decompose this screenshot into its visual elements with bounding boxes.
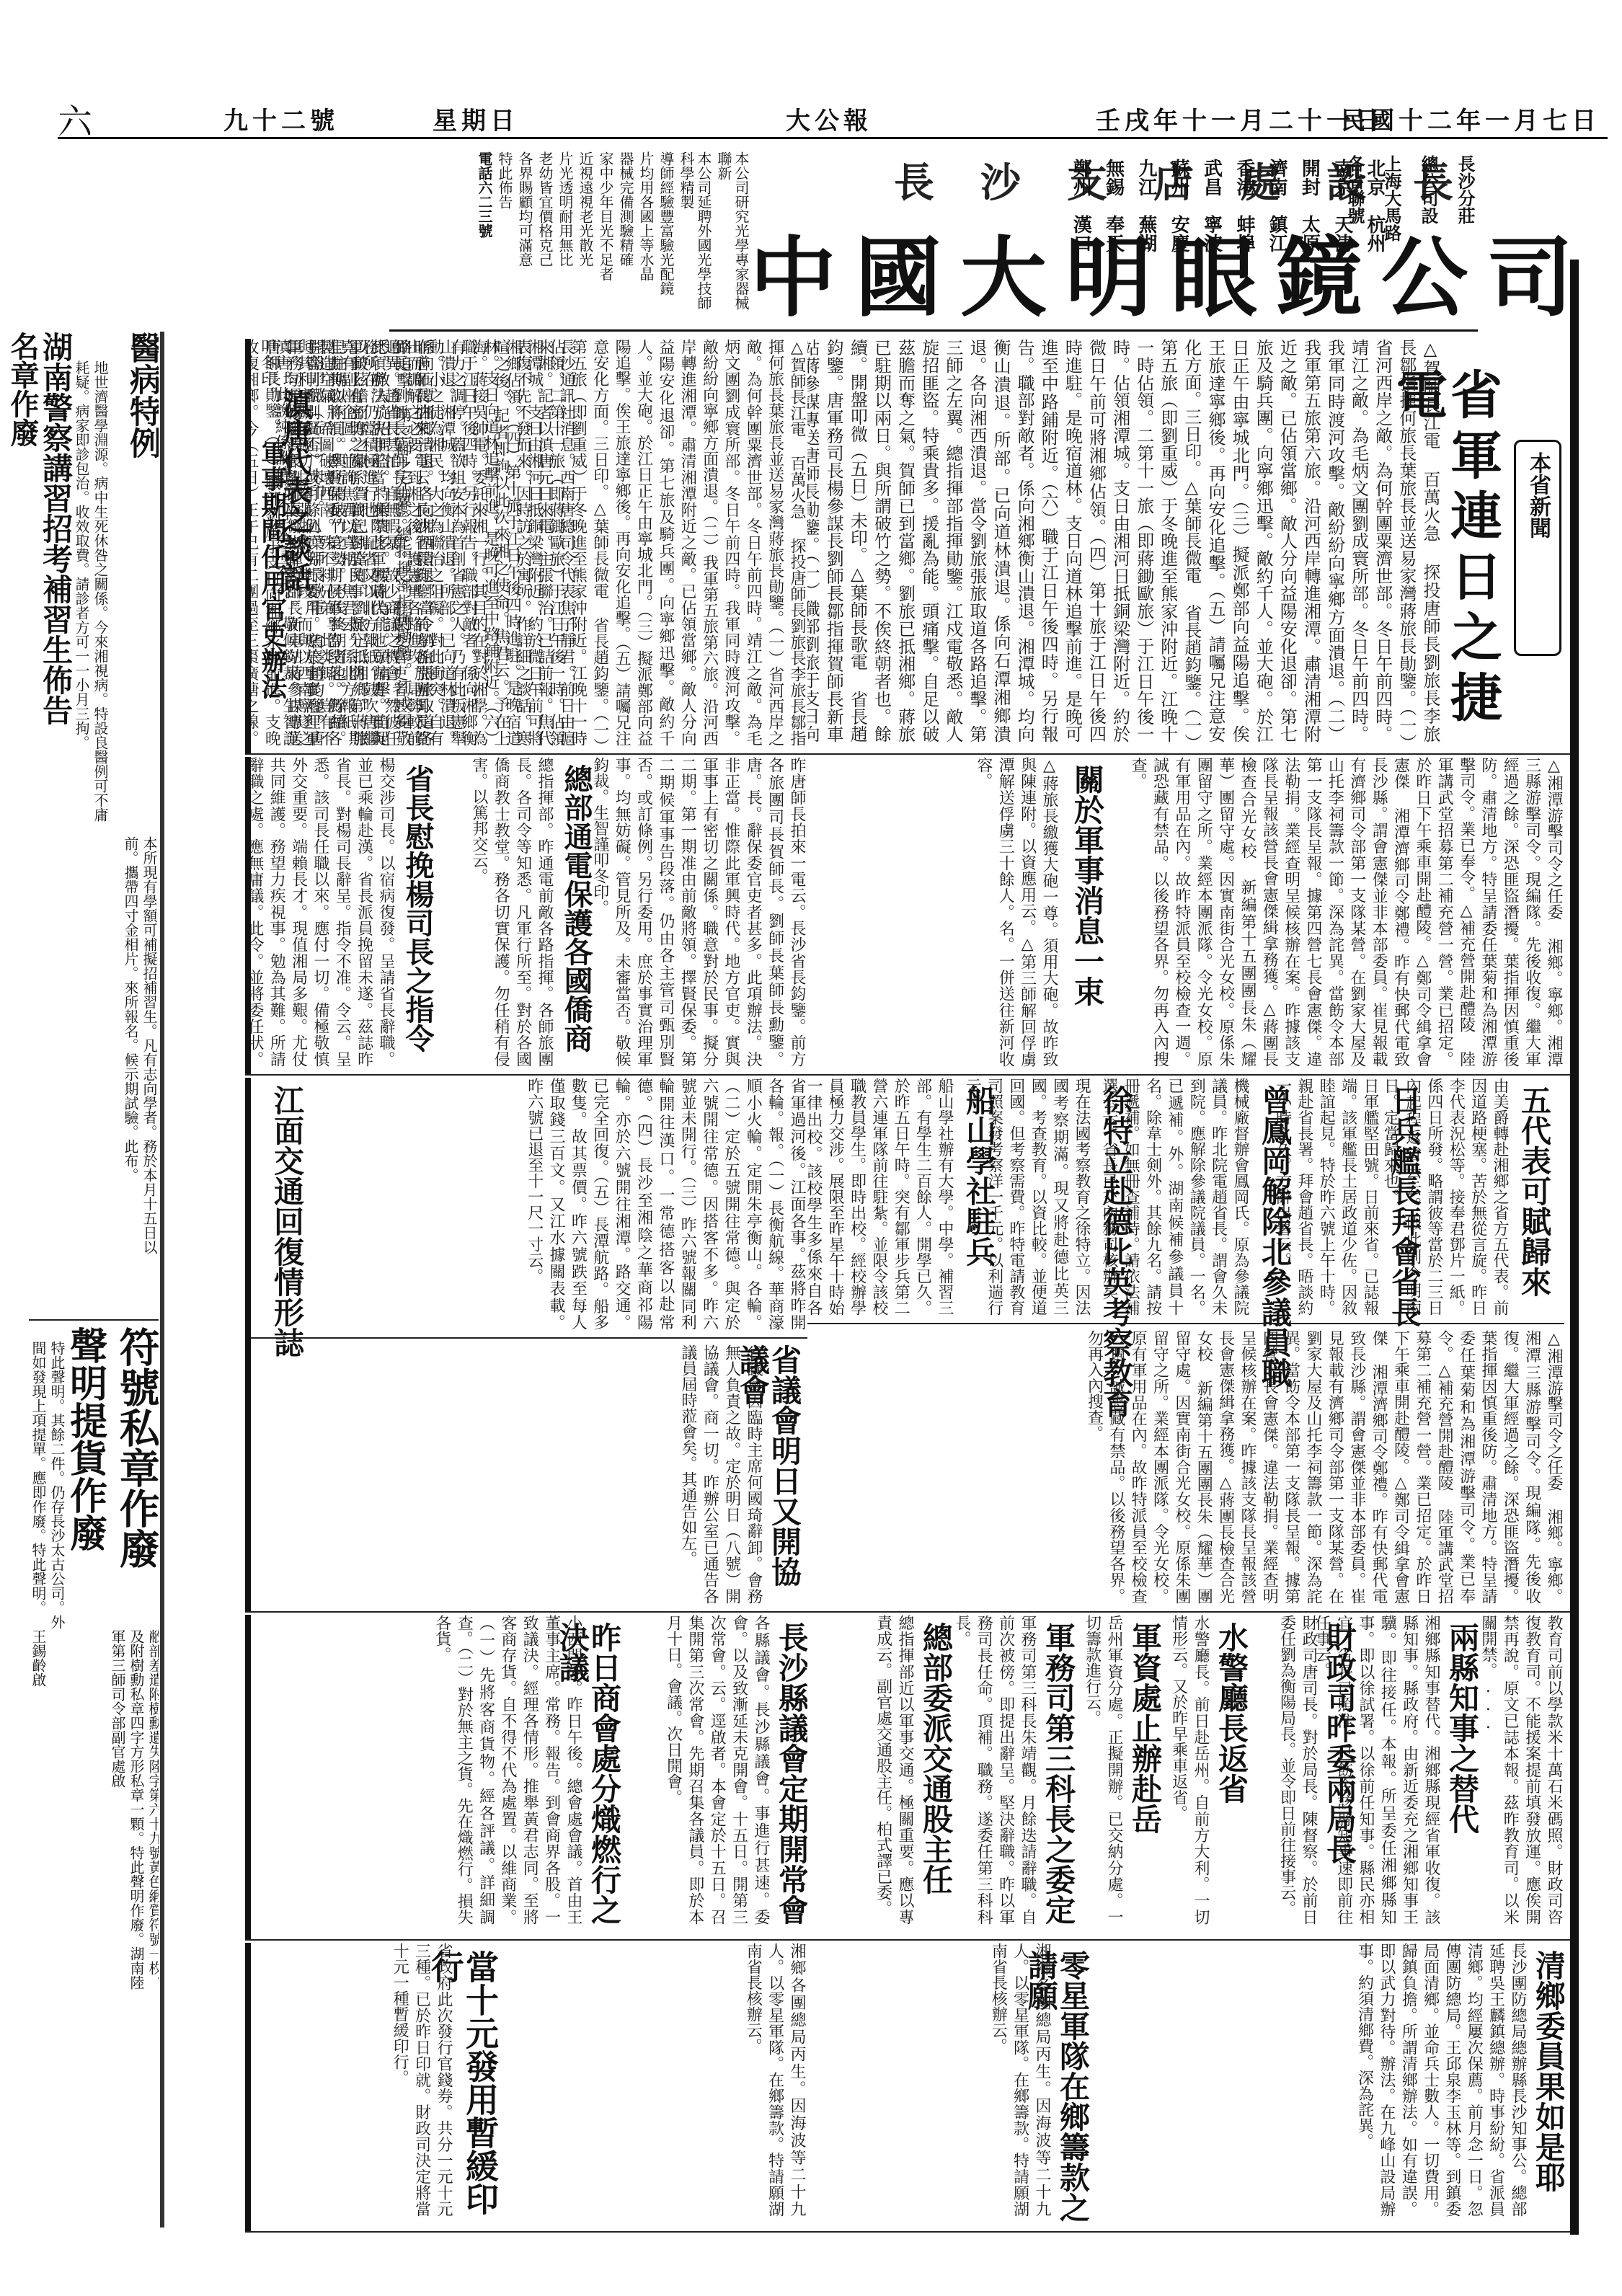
ad-headquarters: 長沙分莊 總公司設 上海大馬路 各省聯號 <box>1342 155 1478 314</box>
branch-pair: 武昌 寧波 <box>1201 159 1220 303</box>
hq-protect-body: 總指揮部。昨通電前敵各路指揮。各師旅團長。各司令等知悉。凡軍行所至。對於各國僑商… <box>440 757 555 1067</box>
five-reps-headline: 五代表可賦歸來 <box>1518 1085 1550 1297</box>
row-divider <box>245 753 1570 755</box>
mil-dept-headline: 軍務司第三科長之委定 <box>1042 1622 1074 1925</box>
hq-protect-headline: 總部通電保護各國僑商 <box>561 764 591 1052</box>
chuanshan-headline: 船山學社駐兵 <box>963 1085 995 1267</box>
police-headline: 水警廳長返省 <box>1215 1622 1247 1804</box>
assembly-body: 省議會因臨時主席何國琦辭卸。會務無人負責之故。定於明日（八號）開協議會。商一切。… <box>252 1344 764 1604</box>
ad-police-school-body: 本所現有學額可補擬招補習生。凡有志向學者。務於本月十五日以前。攜帶四寸金相片。來… <box>7 836 159 1269</box>
row5-left: 湘鄉各團總局丙生。因海波等二十九人。以零星軍隊。在鄉籌款。特請願湖南省長核辦云。… <box>245 1943 807 2231</box>
branch-pair: 濟南 鎮江 <box>1267 159 1286 303</box>
branch-pair: 蘇州 安慶 <box>1169 159 1188 303</box>
ad-copy-text: 本公司研究光學專家器械聯新 本公司延聘外國光學技師科學精製 導師經驗豐富驗光配鏡… <box>389 151 750 317</box>
row3-left: 江面交通回復情形誌 省軍過河後。江面各事。茲將昨開各輪。報。（一）長衡航線。華商… <box>245 1078 807 1611</box>
mil-period-continued: 昨唐師長拍來一電云。長沙省長鈞鑒。前方各旅團司長賀師長。劉師長葉師長勳鑒。唐。長… <box>598 757 807 1067</box>
ad-stamp-body: 敝部差遣附樹勳遺失陸字第六十九號黃色緞質符號一枚。及附樹勳私章四字方形私章一顆。… <box>108 1629 159 1990</box>
lead-story: 省軍連日之捷電 △賀師長江電 百萬火急 探投唐師長劉旅長李旅長鄒指揮何旅長葉旅長… <box>807 339 1564 753</box>
header-rule <box>58 137 1608 139</box>
branch-pair: 香港 蚌埠 <box>1234 159 1254 303</box>
ad-stamp-title: 符號私章作廢 <box>115 1326 158 1569</box>
military-news-body: △湘潭游擊司令之任委 湘鄉。寧鄉。湘潭三縣游擊司令。現編隊。先後收復。繼大軍經過… <box>1110 757 1564 1067</box>
jiangmian-headline: 江面交通回復情形誌 <box>271 1085 303 1357</box>
branch-pair: 無錫 奉天 <box>1103 159 1122 303</box>
supply-headline: 軍資處止辦赴岳 <box>1129 1622 1161 1834</box>
police-body: 水警廳長。前日赴岳州。自前方大利。一切情形云。又於昨早乘車返省。 <box>1168 1615 1211 1925</box>
ad-doctor-body: 地世濟醫學淵源。病中生死休咎之關係。今來湘視病。特設良醫例可不庸耗疑。病家即診包… <box>72 360 115 822</box>
gov-yang-body: 楊交涉司長。以宿病復發。呈請省長辭職。並已乘輪赴漢。省長派員挽留未遂。茲誌昨省長… <box>252 757 396 1067</box>
hq-dispatch-headline: 總部委派交通股主任 <box>920 1622 952 1894</box>
county-meeting-body: 各縣議會。長沙縣議會。事進行甚速。委會。以及致漸延未克開會。十五日。開第三次常會… <box>627 1615 771 1925</box>
row-divider <box>245 1939 1570 1941</box>
military-news-continued: △蔣旅長繳獲大砲一尊。須用大砲。故昨致與陳連附。以資應用云。△第三師解回俘虜 潭… <box>815 757 1060 1067</box>
row4-right: 兩縣知事之替代 湘鄉縣知事替代。湘鄉縣現經省軍收復。該縣知事。縣政府。由新近委充… <box>807 1615 1564 1939</box>
two-county-body: 湘鄉縣知事替代。湘鄉縣現經省軍收復。該縣知事。縣政府。由新近委充之湘鄉知事王驥。… <box>1362 1615 1442 1925</box>
branch-pair: 開封 太原 <box>1299 159 1319 303</box>
ad-stamp: 符號私章作廢 <box>115 1326 159 1615</box>
edition-number: 九十二號 <box>223 101 339 136</box>
qingxiang-headline: 清鄉委員果如是耶 <box>1533 1950 1564 2192</box>
row3-right-lower: △湘潭游擊司令之任委 湘鄉。寧鄉。湘潭三縣游擊司令。現編隊。先後收復。繼大軍經過… <box>815 1330 1564 1604</box>
ad-seal-title: 名章作廢 <box>7 332 37 447</box>
newspaper-label: 大公報 <box>786 101 872 136</box>
jp-warship-body: 日軍艦堅田號。日前來省。已誌報端。該軍艦長土居政道少佐。因敘睦誼起見。特於昨六號… <box>1294 1078 1381 1316</box>
branch-pair: 鄭州 漢口 <box>1071 159 1090 303</box>
eyeglass-company-ad: 本公司研究光學專家器械聯新 本公司延聘外國光學技師科學精製 導師經驗豐富驗光配鏡… <box>389 141 1478 332</box>
branch-pair: 九江 蕪湖 <box>1136 159 1156 303</box>
row5-right: 清鄉委員果如是耶 長沙團防總局總辦縣長沙知事公。總部延聘吳王麟鎮總辦。時事紛紛。… <box>807 1943 1564 2231</box>
supply-body: 岳州軍資分處。正擬開辦。已交納分處。一切籌款進行云。 <box>1081 1615 1125 1925</box>
page-header: 六 九十二號 星期日 大公報 壬戌年十一月二十一日 民國十二年一月七日 <box>58 87 1608 141</box>
ten-yuan-body: 省政府此次發行官錢券。共分一元十元三種。已於昨日印就。財政司決定將當十元一種暫緩… <box>252 1943 454 2217</box>
ad-bill-intro: 茲有本號於十月二十一號小西門外火災延燒。將太古公司船票七張。火燒無存。僅存號數。… <box>29 1341 65 1629</box>
ad-bill-title: 聲明提貨作廢 <box>65 1326 105 1551</box>
row4-left: 長沙縣議會定期開常會 各縣議會。長沙縣議會。事進行甚速。委會。以及致漸延未克開會… <box>245 1615 807 1939</box>
ad-police-school: 湖南警察講習招考補習生佈告 <box>40 332 76 836</box>
xu-body: 現在法國考察教育之徐特立。因法國考察期滿。現又將赴德比英三國。考查教育。以資比較… <box>1006 1078 1092 1316</box>
ad-doctor-title: 醫病特例 <box>125 332 159 458</box>
mil-dept-body: 軍務司第三科長朱靖觀。月餘迭請辭職。自前次被傍。即提出辭呈。堅決辭職。昨以軍務司… <box>959 1615 1038 1925</box>
mil-period-body: 昨唐師長拍來一電云。長沙省長鈞鑒。前方各旅團司長賀師長。劉師長葉師長勳鑒。唐。長… <box>294 339 431 746</box>
row-divider <box>245 1074 1570 1076</box>
lead-story-continued: △賀師長江電 百萬火急 探投唐師長劉旅長李旅長鄒指揮何旅長葉旅長並送易家灣蔣旅長… <box>584 339 807 746</box>
ad-bill-body: 王錫齡啟 <box>29 1629 101 1990</box>
ad-branch-list: 北京 杭州 南京 天津 開封 太原 濟南 鎮江 香港 蚌埠 武昌 寧波 蘇州 安… <box>1071 159 1384 303</box>
zeng-body: 機械廠督辦會鳳岡氏。原為參議院議員。昨北院電趙省長。謂會久未到院。應解除參議院議… <box>1143 1078 1251 1316</box>
ad-bill: 聲明提貨作廢 <box>65 1326 108 1629</box>
ad-deed-block: 本所現有學額可補擬招補習生。凡有志向學者。務於本月十五日以前。攜帶四寸金相片。來… <box>7 836 159 1269</box>
five-reps-body: 由美爵轉赴湘鄉之省方五代表。前因道路梗塞。苦於無從言旋。昨日李代表況松等。接奉君… <box>1424 1078 1510 1316</box>
merchants-body: 小西門外。昨日午後。總會處會議。首由王董事主席。常務。報告。到會商界各股。一致議… <box>252 1615 584 1925</box>
gov-yang-headline: 省長慰挽楊司長之指令 <box>402 764 433 1052</box>
issue-date: 民國十二年一月七日 <box>1341 101 1600 136</box>
two-county-headline: 兩縣知事之替代 <box>1446 1622 1478 1834</box>
right-border-rule <box>1570 260 1579 2235</box>
ad-police-school-title: 湖南警察講習招考補習生佈告 <box>40 332 71 725</box>
chuanshan-body: 船山學社辦有大學。中學。補習三部。有學生二百餘人。開學已久。於昨五日午時。突有鄒… <box>811 1078 955 1316</box>
weekday: 星期日 <box>433 101 519 136</box>
hq-dispatch-body: 總指揮部近以軍事交通。極關重要。應以專責成云。副官處交通股主任。柏式譯已委。 <box>815 1615 916 1925</box>
jiangmian-body: 省軍過河後。江面各事。茲將昨開各輪。報。（一）長衡航線。華商濠順小火輪。定開朱亭… <box>310 1078 807 1330</box>
row2-right: 關於軍事消息一束 △湘潭游擊司令之任委 湘鄉。寧鄉。湘潭三縣游擊司令。現編隊。先… <box>807 757 1564 1074</box>
row-divider <box>245 1611 1570 1613</box>
county-meeting-headline: 長沙縣議會定期開常會 <box>776 1622 807 1925</box>
row4-continued: 教育司前以學款米十萬石米碼照。財政司咨復教育司。不能援案提前填發放運。應俟開禁再… <box>1485 1615 1564 1925</box>
bottom-rule <box>245 2231 1570 2233</box>
lead-body: △賀師長江電 百萬火急 探投唐師長劉旅長李旅長鄒指揮何旅長葉旅長並送易家灣蔣旅長… <box>815 339 1442 743</box>
ad-doctor: 醫病特例 <box>115 332 159 822</box>
finance-body: 財政司唐司長。對於局長。陳督察。於前日委任劉為衡陽局長。並令即日前往接事云。 <box>1254 1615 1319 1925</box>
row3-right: 五代表可賦歸來 由美爵轉赴湘鄉之省方五代表。前因道路梗塞。苦於無從言旋。昨日李代… <box>807 1078 1564 1611</box>
jp-warship-headline: 日兵艦長拜會省長 <box>1388 1085 1420 1327</box>
page-number: 六 <box>58 94 92 143</box>
lingxing-continued: 湘鄉各團總局丙生。因海波等二十九人。以零星軍隊。在鄉籌款。特請願湖南省長核辦云。 <box>505 1943 807 2217</box>
row2-left: 總部通電保護各國僑商 總指揮部。昨通電前敵各路指揮。各師旅團長。各司令等知悉。凡… <box>245 757 807 1074</box>
ad-seal: 名章作廢 <box>7 332 40 836</box>
qingxiang-body: 長沙團防總局總辦縣長沙知事公。總部延聘吳王麟鎮總辦。時事紛紛。省派員清鄉。均經屢… <box>1096 1943 1528 2217</box>
left-column-rule <box>160 332 164 2228</box>
lingxing-body: 湘鄉各團總局丙生。因海波等二十九人。以零星軍隊。在鄉籌款。特請願湖南省長核辦云。 <box>815 1943 1052 2217</box>
military-news-headline: 關於軍事消息一束 <box>1071 764 1103 1006</box>
row1-articles: 滇唐代表之談話 長沙通訊社消息。西南唐總司令代表焦子靜君。前日由滬來湘。記者以滇… <box>245 339 807 753</box>
finance-headline: 財政司昨委兩局長 <box>1324 1622 1355 1864</box>
